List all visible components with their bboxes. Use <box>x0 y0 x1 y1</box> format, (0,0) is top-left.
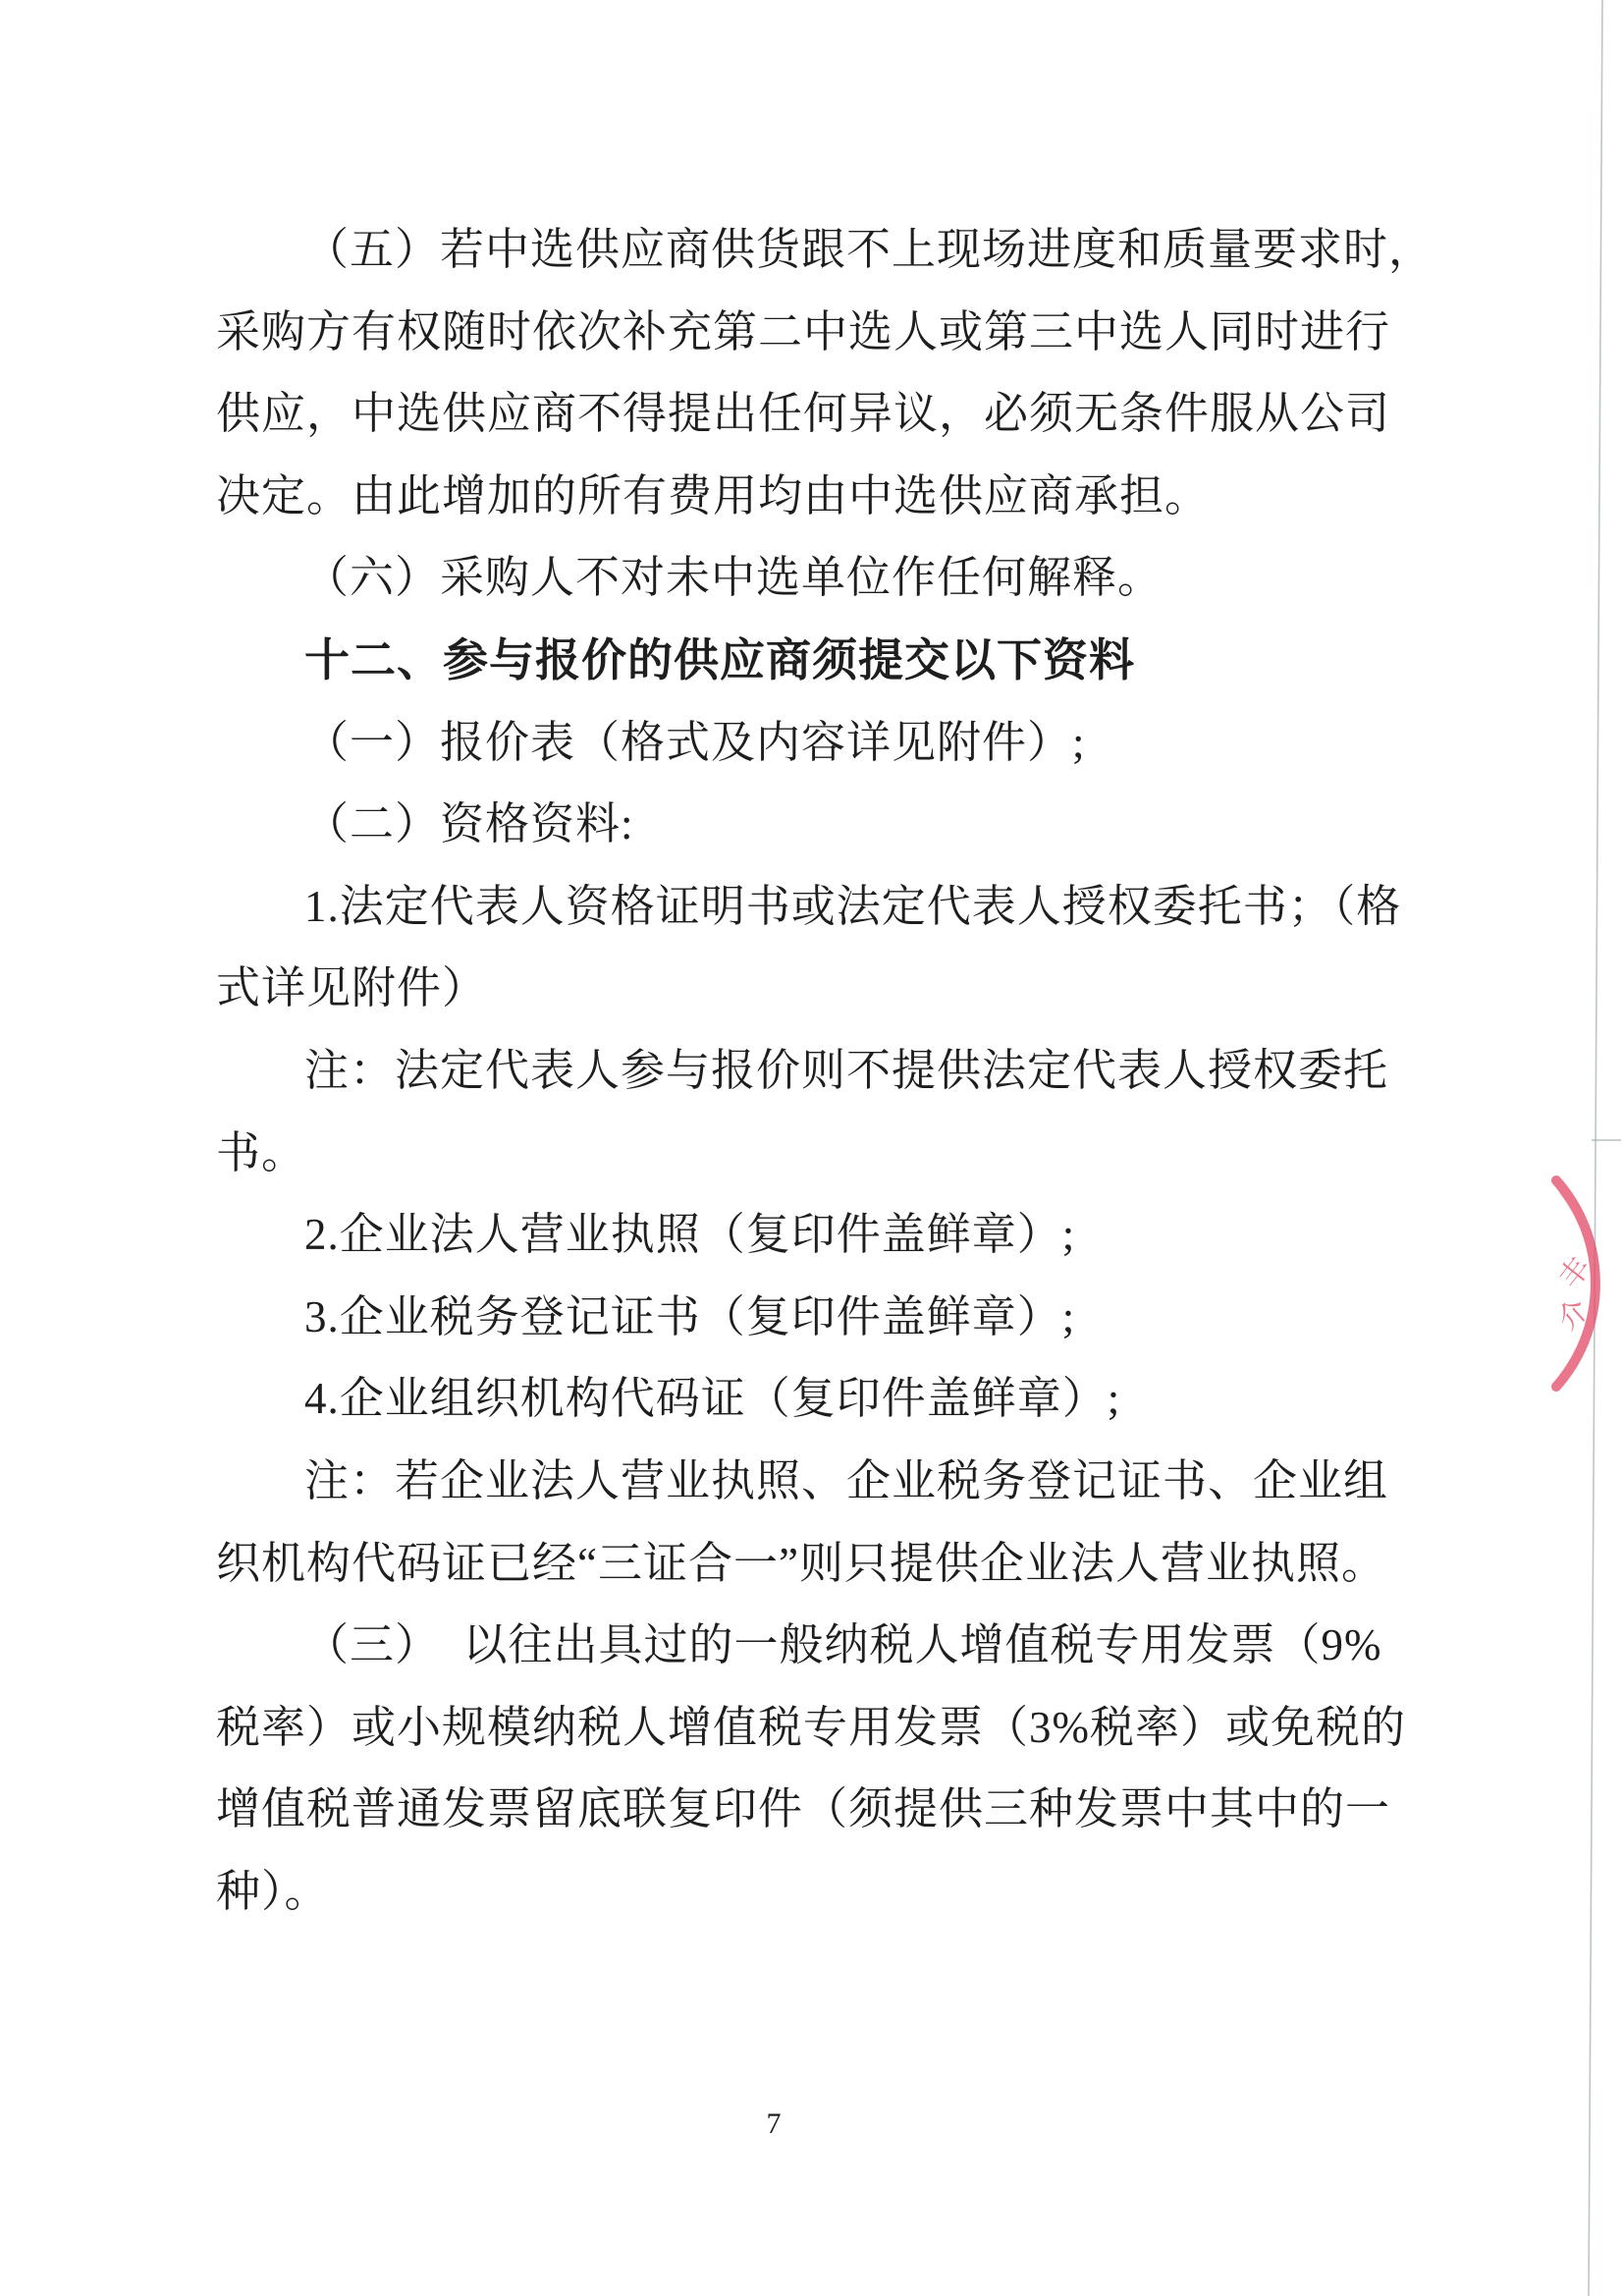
paragraph-line: （三） 以往出具过的一般纳税人增值税专用发票（9% <box>0 1605 1623 1687</box>
paragraph-line: 2.企业法人营业执照（复印件盖鲜章）; <box>0 1194 1623 1277</box>
page-number: 7 <box>754 2107 793 2141</box>
paragraph-line: 税率）或小规模纳税人增值税专用发票（3%税率）或免税的 <box>0 1687 1623 1770</box>
paragraph-line: （六）采购人不对未中选单位作任何解释。 <box>0 537 1623 620</box>
paragraph-line: 书。 <box>0 1113 1623 1195</box>
paragraph-line: 决定。由此增加的所有费用均由中选供应商承担。 <box>0 456 1623 538</box>
paragraph-line: 式详见附件） <box>0 948 1623 1030</box>
paragraph-line: 采购方有权随时依次补充第二中选人或第三中选人同时进行 <box>0 292 1623 374</box>
paragraph-line: （二）资格资料: <box>0 784 1623 866</box>
paragraph-line: 4.企业组织机构代码证（复印件盖鲜章）; <box>0 1358 1623 1441</box>
paragraph-line: 增值税普通发票留底联复印件（须提供三种发票中其中的一 <box>0 1769 1623 1851</box>
paragraph-line: 1.法定代表人资格证明书或法定代表人授权委托书；（格 <box>0 866 1623 949</box>
paragraph-line: 注：法定代表人参与报价则不提供法定代表人授权委托 <box>0 1030 1623 1113</box>
paragraph-line: 供应，中选供应商不得提出任何异议，必须无条件服从公司 <box>0 373 1623 456</box>
paragraph-line: 3.企业税务登记证书（复印件盖鲜章）; <box>0 1277 1623 1359</box>
document-page: （五）若中选供应商供货跟不上现场进度和质量要求时，采购方有权随时依次补充第二中选… <box>0 0 1623 2296</box>
document-text-block: （五）若中选供应商供货跟不上现场进度和质量要求时，采购方有权随时依次补充第二中选… <box>0 209 1623 1933</box>
section-heading-line: 十二、参与报价的供应商须提交以下资料 <box>0 620 1623 702</box>
paragraph-line: （一）报价表（格式及内容详见附件）; <box>0 702 1623 785</box>
paragraph-line: （五）若中选供应商供货跟不上现场进度和质量要求时， <box>0 209 1623 292</box>
paragraph-line: 注：若企业法人营业执照、企业税务登记证书、企业组 <box>0 1441 1623 1523</box>
paragraph-line: 织机构代码证已经“三证合一”则只提供企业法人营业执照。 <box>0 1523 1623 1606</box>
paragraph-line: 种）。 <box>0 1851 1623 1934</box>
